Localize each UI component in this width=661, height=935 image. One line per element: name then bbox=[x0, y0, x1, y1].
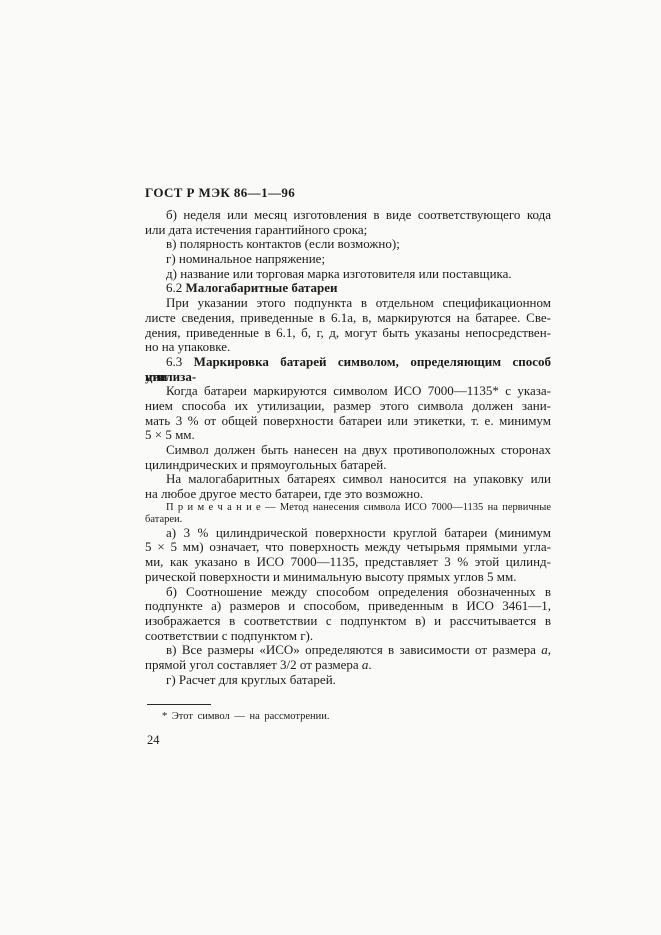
text-line: в) Все размеры «ИСО» определяются в зави… bbox=[145, 643, 551, 658]
text-line: Когда батареи маркируются символом ИСО 7… bbox=[145, 384, 551, 399]
text-line: г) номинальное напряжение; bbox=[145, 252, 551, 267]
text-line: б) неделя или месяц изготовления в виде … bbox=[145, 208, 551, 223]
text-line: цилиндрических и прямоугольных батарей. bbox=[145, 458, 551, 473]
text-run: . bbox=[368, 657, 371, 672]
text-line: На малогабаритных батареях символ наноси… bbox=[145, 472, 551, 487]
document-header: ГОСТ Р МЭК 86—1—96 bbox=[145, 185, 295, 201]
text-line: д) название или торговая марка изготовит… bbox=[145, 267, 551, 282]
text-line: в) полярность контактов (если возможно); bbox=[145, 237, 551, 252]
text-line: соответствии с подпунктом г). bbox=[145, 629, 551, 644]
text-line: рической поверхности и минимальную высот… bbox=[145, 570, 551, 585]
text-line: или дата истечения гарантийного срока; bbox=[145, 223, 551, 238]
text-run: 6.3 bbox=[166, 354, 194, 369]
text-line: на любое другое место батареи, где это в… bbox=[145, 487, 551, 502]
text-run: в) Все размеры «ИСО» определяются в зави… bbox=[166, 642, 541, 657]
text-run: , bbox=[548, 642, 551, 657]
text-line: дения, приведенные в 6.1, б, г, д, могут… bbox=[145, 326, 551, 341]
text-line: Символ должен быть нанесен на двух проти… bbox=[145, 443, 551, 458]
text-line: 5 × 5 мм. bbox=[145, 428, 551, 443]
text-line: мать 3 % от общей поверхности батареи ил… bbox=[145, 414, 551, 429]
text-line: 6.2 Малогабаритные батареи bbox=[145, 281, 551, 296]
text-line: изображается в соответствии с подпунктом… bbox=[145, 614, 551, 629]
text-line: б) Соотношение между способом определени… bbox=[145, 585, 551, 600]
text-line: ции bbox=[145, 370, 551, 385]
text-line: 5 × 5 мм) означает, что поверхность межд… bbox=[145, 540, 551, 555]
text-line: но на упаковке. bbox=[145, 340, 551, 355]
page-number: 24 bbox=[147, 733, 160, 748]
document-page: ГОСТ Р МЭК 86—1—96 б) неделя или месяц и… bbox=[0, 0, 661, 935]
text-line: листе сведения, приведенные в 6.1а, в, м… bbox=[145, 311, 551, 326]
text-line: г) Расчет для круглых батарей. bbox=[145, 673, 551, 688]
text-block: б) неделя или месяц изготовления в виде … bbox=[145, 208, 551, 687]
text-run: Малогабаритные батареи bbox=[186, 280, 338, 295]
text-line: 6.3 Маркировка батарей символом, определ… bbox=[145, 355, 551, 370]
text-line: батареи. bbox=[145, 514, 551, 526]
text-line: При указании этого подпункта в отдельном… bbox=[145, 296, 551, 311]
text-line: подпункте а) размеров и способом, привед… bbox=[145, 599, 551, 614]
footnote-text: * Этот символ — на рассмотрении. bbox=[145, 711, 551, 722]
text-line: а) 3 % цилиндрической поверхности кругло… bbox=[145, 526, 551, 541]
text-run: прямой угол составляет 3/2 от размера bbox=[145, 657, 362, 672]
text-line: нием способа их утилизации, размер этого… bbox=[145, 399, 551, 414]
text-run: ции bbox=[145, 369, 167, 384]
text-line: прямой угол составляет 3/2 от размера а. bbox=[145, 658, 551, 673]
text-line: ми, как указано в ИСО 7000—1135, предста… bbox=[145, 555, 551, 570]
text-line: П р и м е ч а н и е — Метод нанесения си… bbox=[145, 502, 551, 514]
footnote-rule bbox=[147, 704, 211, 705]
text-run: 6.2 bbox=[166, 280, 186, 295]
